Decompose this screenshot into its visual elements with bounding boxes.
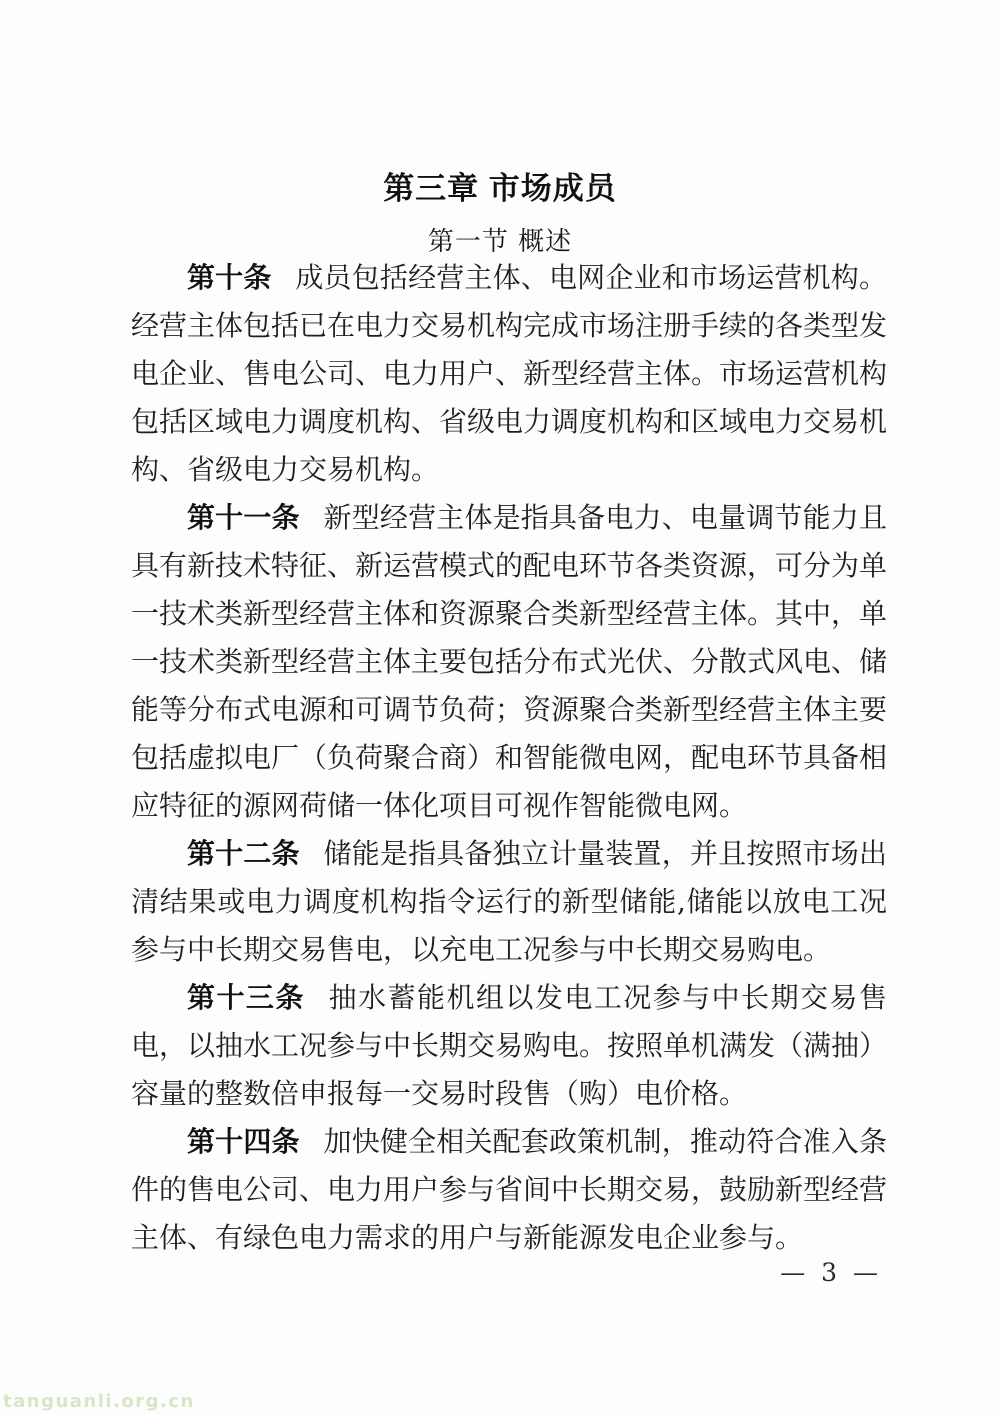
article-paragraph-11: 第十一条新型经营主体是指具备电力、电量调节能力且具有新技术特征、新运营模式的配电… bbox=[131, 494, 887, 830]
article-paragraph-12: 第十二条储能是指具备独立计量装置，并且按照市场出清结果或电力调度机构指令运行的新… bbox=[131, 830, 887, 974]
article-number-12: 第十二条 bbox=[187, 837, 300, 870]
chapter-title: 第三章 市场成员 bbox=[0, 163, 1000, 208]
watermark-text: tanguanli.org.cn bbox=[3, 1391, 195, 1412]
article-number-13: 第十三条 bbox=[187, 981, 305, 1014]
article-paragraph-14: 第十四条加快健全相关配套政策机制，推动符合准入条件的售电公司、电力用户参与省间中… bbox=[131, 1118, 887, 1262]
document-page: 第三章 市场成员 第一节 概述 第十条成员包括经营主体、电网企业和市场运营机构。… bbox=[0, 0, 1000, 1414]
article-paragraph-13: 第十三条抽水蓄能机组以发电工况参与中长期交易售电，以抽水工况参与中长期交易购电。… bbox=[131, 974, 887, 1118]
section-title: 第一节 概述 bbox=[0, 221, 1000, 258]
document-body: 第十条成员包括经营主体、电网企业和市场运营机构。经营主体包括已在电力交易机构完成… bbox=[131, 254, 887, 1262]
article-text-10: 成员包括经营主体、电网企业和市场运营机构。经营主体包括已在电力交易机构完成市场注… bbox=[131, 261, 887, 486]
article-number-10: 第十条 bbox=[187, 261, 272, 294]
article-number-11: 第十一条 bbox=[187, 501, 300, 534]
article-text-11: 新型经营主体是指具备电力、电量调节能力且具有新技术特征、新运营模式的配电环节各类… bbox=[131, 501, 887, 822]
article-paragraph-10: 第十条成员包括经营主体、电网企业和市场运营机构。经营主体包括已在电力交易机构完成… bbox=[131, 254, 887, 494]
article-number-14: 第十四条 bbox=[187, 1125, 300, 1158]
page-number: — 3 — bbox=[0, 1258, 882, 1287]
